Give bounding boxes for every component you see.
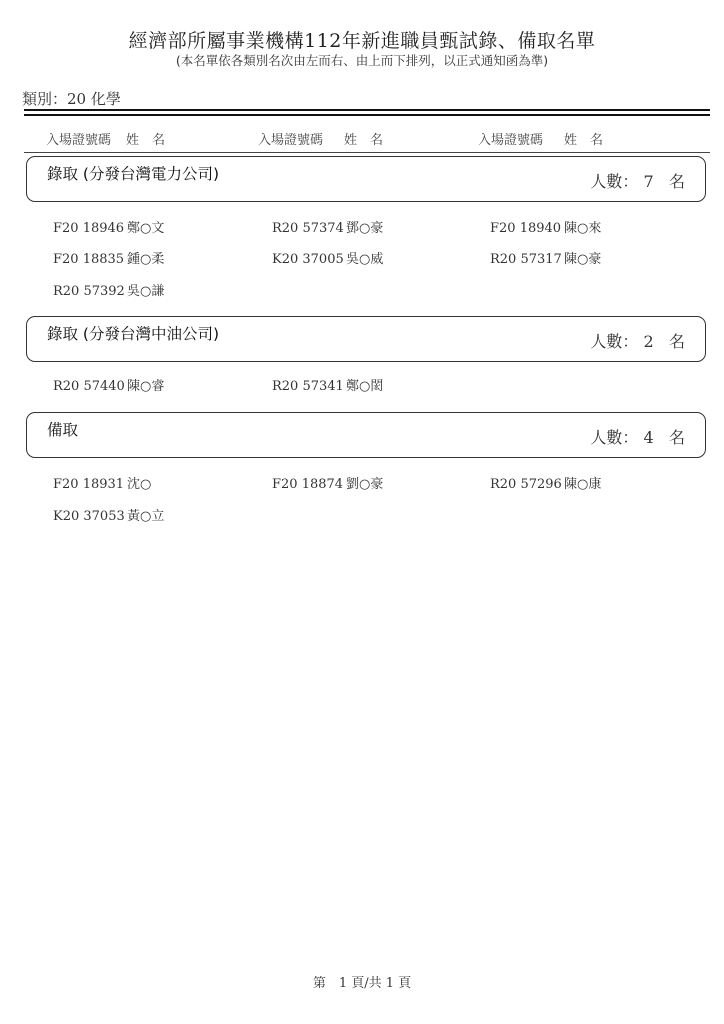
column-header-ticket: 入場證號碼: [46, 129, 111, 148]
section-count: 人數： 2 名: [590, 329, 685, 352]
list-item: F20 18931沈○: [53, 473, 151, 492]
column-header-name: 姓 名: [126, 129, 165, 148]
section-title: 錄取 (分發台灣中油公司): [47, 322, 219, 344]
ticket-number: F20 18874: [272, 477, 346, 492]
count-label: 人數：: [590, 332, 638, 351]
ticket-number: R20 57341: [272, 379, 346, 394]
count-unit: 名: [669, 428, 685, 447]
list-item: F20 18874劉○豪: [272, 473, 383, 492]
candidate-name: 沈○: [127, 477, 151, 492]
section-box-waitlist: 備取 人數： 4 名: [26, 412, 706, 458]
column-header-name: 姓 名: [344, 129, 383, 148]
header-divider-bottom: [24, 114, 710, 116]
list-item: K20 37005吳○威: [272, 248, 383, 267]
section-box-cpc: 錄取 (分發台灣中油公司) 人數： 2 名: [26, 316, 706, 362]
candidate-name: 吳○謙: [127, 284, 164, 299]
ticket-number: F20 18940: [490, 221, 564, 236]
candidate-name: 鍾○柔: [127, 252, 164, 267]
list-item: F20 18940陳○來: [490, 217, 601, 236]
count-label: 人數：: [590, 172, 638, 191]
ticket-number: F20 18835: [53, 252, 127, 267]
candidate-name: 鄧○豪: [346, 221, 383, 236]
count-value: 7: [644, 172, 654, 191]
candidate-name: 鄭○閎: [346, 379, 383, 394]
ticket-number: R20 57317: [490, 252, 564, 267]
ticket-number: K20 37053: [53, 509, 127, 524]
candidate-name: 陳○康: [564, 477, 601, 492]
candidate-name: 黃○立: [127, 509, 164, 524]
candidate-name: 劉○豪: [346, 477, 383, 492]
list-item: K20 37053黃○立: [53, 505, 164, 524]
section-count: 人數： 4 名: [590, 425, 685, 448]
column-header-ticket: 入場證號碼: [258, 129, 323, 148]
document-title: 經濟部所屬事業機構112年新進職員甄試錄、備取名單: [0, 26, 724, 53]
list-item: R20 57392吳○謙: [53, 280, 164, 299]
ticket-number: K20 37005: [272, 252, 346, 267]
count-unit: 名: [669, 172, 685, 191]
list-item: R20 57374鄧○豪: [272, 217, 383, 236]
section-count: 人數： 7 名: [590, 169, 685, 192]
list-item: F20 18835鍾○柔: [53, 248, 164, 267]
candidate-name: 陳○來: [564, 221, 601, 236]
list-item: F20 18946鄭○文: [53, 217, 164, 236]
column-header-name: 姓 名: [564, 129, 603, 148]
ticket-number: F20 18931: [53, 477, 127, 492]
list-item: R20 57296陳○康: [490, 473, 601, 492]
ticket-number: R20 57374: [272, 221, 346, 236]
category-label: 類別：20 化學: [22, 88, 121, 109]
section-title: 錄取 (分發台灣電力公司): [47, 162, 219, 184]
candidate-name: 陳○豪: [564, 252, 601, 267]
ticket-number: R20 57440: [53, 379, 127, 394]
document-subtitle: (本名單依各類別名次由左而右、由上而下排列，以正式通知函為準): [0, 51, 724, 69]
count-value: 4: [644, 428, 654, 447]
candidate-name: 鄭○文: [127, 221, 164, 236]
ticket-number: F20 18946: [53, 221, 127, 236]
section-title: 備取: [47, 418, 78, 440]
header-divider-top: [24, 109, 710, 111]
page-number: 第 1 頁/共 1 頁: [0, 972, 724, 991]
count-unit: 名: [669, 332, 685, 351]
candidate-name: 吳○威: [346, 252, 383, 267]
list-item: R20 57440陳○睿: [53, 375, 164, 394]
count-value: 2: [644, 332, 654, 351]
column-header-ticket: 入場證號碼: [478, 129, 543, 148]
ticket-number: R20 57392: [53, 284, 127, 299]
list-item: R20 57341鄭○閎: [272, 375, 383, 394]
list-item: R20 57317陳○豪: [490, 248, 601, 267]
candidate-name: 陳○睿: [127, 379, 164, 394]
section-box-taipower: 錄取 (分發台灣電力公司) 人數： 7 名: [26, 156, 706, 202]
count-label: 人數：: [590, 428, 638, 447]
ticket-number: R20 57296: [490, 477, 564, 492]
header-divider-thin: [24, 152, 710, 153]
